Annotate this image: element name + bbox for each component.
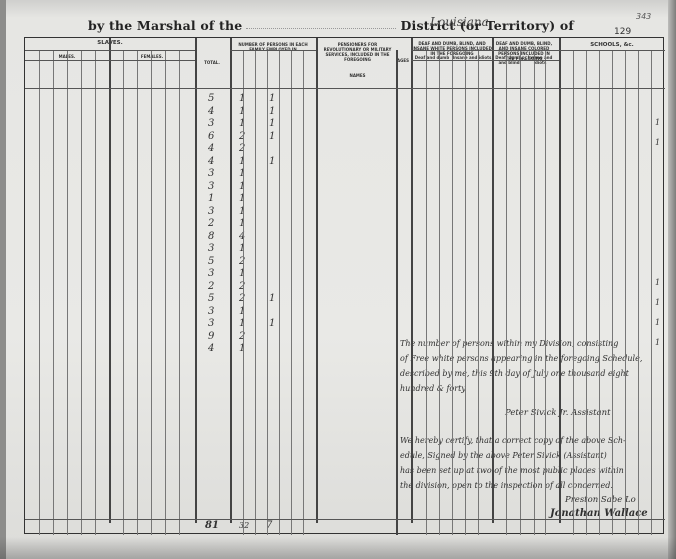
grid-column-line [137, 50, 138, 535]
grid-column-line [279, 50, 280, 535]
grid-column-line [452, 50, 453, 535]
row-manufactures-value: 1 [269, 106, 275, 117]
row-total-value: 3 [208, 318, 214, 329]
grid-column-line [439, 50, 440, 535]
grid-column-line [478, 50, 479, 535]
grid-column-line [151, 50, 152, 535]
row-total-value: 3 [208, 206, 214, 217]
grid-column-line [492, 38, 494, 523]
row-total-value: 4 [208, 143, 214, 154]
row-manufactures-value: 1 [269, 131, 275, 142]
grid-row-line [559, 50, 665, 51]
grid-column-line [39, 50, 40, 535]
slaves-females-header: FEMALES. [109, 54, 195, 59]
row-manufactures-value: 1 [269, 293, 275, 304]
row-total-value: 1 [208, 193, 214, 204]
row-total-value: 4 [208, 156, 214, 167]
grid-column-line [109, 38, 111, 523]
grid-column-line [165, 50, 166, 535]
grid-column-line [625, 50, 626, 535]
scan-bottom-shade [0, 537, 676, 559]
margin-mark: 1 [655, 318, 660, 327]
row-total-value: 9 [208, 331, 214, 342]
margin-mark: 1 [655, 298, 660, 307]
grid-row-line [230, 50, 316, 51]
grid-column-line [123, 50, 124, 535]
stamp-number: 343 [636, 12, 651, 21]
row-manufactures-value: 1 [269, 93, 275, 104]
row-total-value: 3 [208, 181, 214, 192]
row-total-value: 3 [208, 243, 214, 254]
row-manufactures-value: 1 [269, 118, 275, 129]
grid-column-line [67, 50, 68, 535]
row-total-value: 3 [208, 118, 214, 129]
grid-row-line [25, 519, 665, 520]
scan-right-edge [668, 0, 676, 559]
grid-column-line [243, 50, 244, 535]
grid-column-line [559, 38, 561, 523]
row-total-value: 6 [208, 131, 214, 142]
census-page: by the Marshal of theDistrict (or Territ… [0, 0, 676, 559]
grid-column-line [230, 38, 232, 523]
census-form: SLAVES. MALES. FEMALES. TOTAL. NUMBER OF… [24, 37, 664, 534]
row-total-value: 4 [208, 343, 214, 354]
pensioner-names-header: NAMES [320, 73, 395, 78]
pensioner-ages-header: AGES [396, 58, 410, 63]
row-total-value: 3 [208, 168, 214, 179]
schools-header: SCHOOLS, &c. [559, 43, 665, 48]
grand-total: 81 [205, 520, 219, 531]
margin-mark: 1 [655, 138, 660, 147]
grid-column-line [179, 50, 180, 535]
row-total-value: 2 [208, 281, 214, 292]
grid-column-line [316, 38, 318, 523]
row-total-value: 3 [208, 268, 214, 279]
row-total-value: 5 [208, 293, 214, 304]
grid-column-line [95, 50, 96, 535]
blank-line [246, 25, 396, 29]
row-total-value: 5 [208, 93, 214, 104]
grid-row-line [411, 50, 559, 51]
county-handwritten: Louisiana [430, 15, 489, 29]
page-number: 129 [614, 27, 631, 37]
grid-column-line [195, 38, 197, 523]
scan-left-edge [0, 0, 6, 559]
grid-column-line [573, 50, 574, 535]
grid-column-line [651, 50, 652, 535]
row-total-value: 3 [208, 306, 214, 317]
grid-column-line [465, 50, 466, 535]
grid-column-line [534, 50, 535, 535]
grid-column-line [411, 38, 413, 523]
grid-column-line [396, 50, 398, 535]
grid-row-line [25, 50, 195, 51]
grid-column-line [291, 50, 292, 535]
margin-mark: 1 [655, 118, 660, 127]
grid-column-line [267, 50, 268, 535]
grid-column-line [255, 50, 256, 535]
grid-row-line [25, 60, 195, 61]
grid-column-line [506, 50, 507, 535]
agriculture-total: 32 [239, 521, 249, 530]
page-title: by the Marshal of theDistrict (or Territ… [88, 18, 574, 33]
row-total-value: 4 [208, 106, 214, 117]
grid-column-line [612, 50, 613, 535]
grid-column-line [638, 50, 639, 535]
total-header: TOTAL. [197, 60, 227, 65]
grid-column-line [303, 50, 304, 535]
row-manufactures-value: 1 [269, 156, 275, 167]
margin-mark: 1 [655, 278, 660, 287]
row-total-value: 2 [208, 218, 214, 229]
row-total-value: 8 [208, 231, 214, 242]
row-manufactures-value: 1 [269, 318, 275, 329]
row-total-value: 5 [208, 256, 214, 267]
grid-column-line [586, 50, 587, 535]
grid-row-line [25, 88, 665, 89]
grid-column-line [81, 50, 82, 535]
grid-row-line [411, 60, 559, 61]
grid-column-line [599, 50, 600, 535]
grid-column-line [426, 50, 427, 535]
grid-column-line [545, 50, 546, 535]
pensioners-header: PENSIONERS FOR REVOLUTIONARY OR MILITARY… [320, 42, 395, 62]
grid-column-line [520, 50, 521, 535]
grid-column-line [53, 50, 54, 535]
